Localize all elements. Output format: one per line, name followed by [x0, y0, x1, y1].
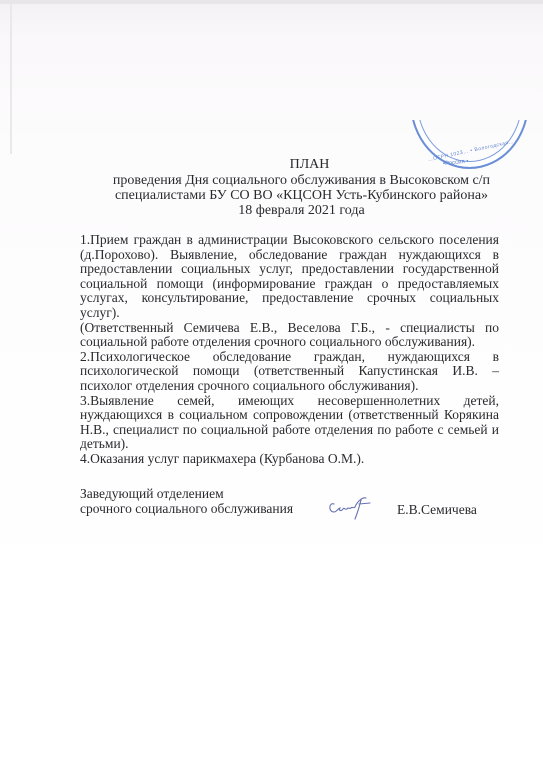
signature-position-line1: Заведующий отделением — [80, 486, 293, 501]
signatory-name: Е.В.Семичева — [397, 502, 477, 518]
plan-item-2: 2.Психологическое обследование граждан, … — [80, 350, 499, 394]
handwritten-signature-icon — [326, 494, 374, 527]
document-subtitle-line2: специалистами БУ СО ВО «КЦСОН Усть-Кубин… — [30, 188, 543, 203]
document-date: 18 февраля 2021 года — [30, 203, 543, 218]
plan-items: 1.Прием граждан в администрации Высоковс… — [80, 233, 499, 467]
signature-position-line2: срочного социального обслуживания — [80, 501, 293, 516]
plan-item-1: 1.Прием граждан в администрации Высоковс… — [80, 233, 499, 321]
document-subtitle-line1: проведения Дня социального обслуживания … — [30, 173, 543, 188]
document-page: …ОГРН 1023… • Вологодская… •Россия • ПЛА… — [0, 0, 543, 768]
plan-item-3: 3.Выявление семей, имеющих несовершеннол… — [80, 394, 499, 452]
plan-item-1-responsible: (Ответственный Семичева Е.В., Веселова Г… — [80, 321, 499, 350]
document-title: ПЛАН — [38, 157, 543, 172]
plan-item-4: 4.Оказания услуг парикмахера (Курбанова … — [80, 452, 499, 467]
scan-top-edge — [0, 0, 543, 4]
scan-left-edge — [10, 4, 12, 154]
signature-position: Заведующий отделением срочного социально… — [80, 486, 293, 516]
